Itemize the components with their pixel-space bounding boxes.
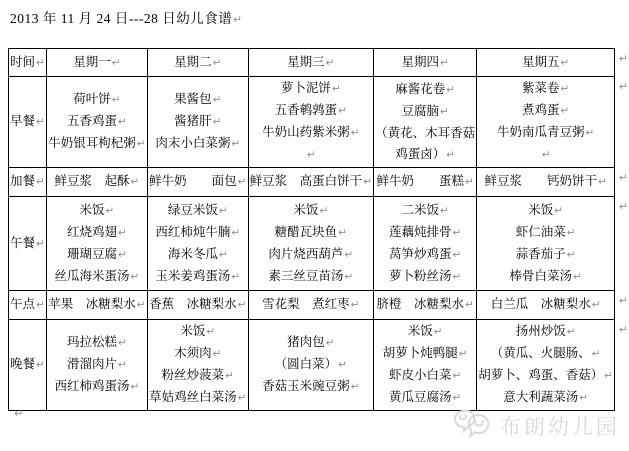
paragraph-mark: ↵: [619, 53, 628, 65]
row-end-mark: ↵: [615, 168, 629, 197]
menu-line-text: 素三丝豆苗汤: [268, 269, 343, 283]
menu-line: 胡萝卜炖鸭腿↵: [375, 343, 475, 365]
menu-line: 酱猪肝↵: [149, 111, 247, 133]
paragraph-mark: ↵: [344, 249, 353, 261]
menu-line-text: 西红柿鸡蛋汤: [54, 379, 129, 393]
paragraph-mark: ↵: [434, 326, 443, 338]
menu-line-text: 牛奶银耳枸杞粥: [48, 136, 136, 150]
menu-line: 时间↵: [10, 52, 45, 74]
menu-line: 鲜牛奶 蛋糕↵: [375, 171, 475, 193]
menu-line-text: 鲜豆浆 钙奶饼干: [484, 174, 597, 188]
paragraph-mark: ↵: [560, 83, 569, 95]
table-row-morning-snack: 加餐↵ 鲜豆浆 起酥↵ 鲜牛奶 面包↵ 鲜豆浆 高蛋白饼干↵ 鲜牛奶 蛋糕↵ 鲜…: [9, 168, 629, 197]
row-label-lunch: 午餐↵: [9, 197, 47, 291]
menu-line-text: 莴笋炒鸡蛋: [389, 247, 452, 261]
menu-line: 扬州炒饭↵: [478, 321, 613, 343]
cell-afternoon-snack-wednesday: 雪花梨 煮红枣↵: [248, 291, 373, 320]
menu-line-text: 西红柿炖牛腩: [155, 225, 230, 239]
menu-line-text: 鲜牛奶 面包: [149, 174, 237, 188]
menu-line: 雪花梨 煮红枣↵: [250, 294, 372, 316]
menu-table: 时间↵ 星期一↵ 星期二↵ 星期三↵ 星期四↵ 星期五↵ ↵ 早餐↵ 荷叶饼↵五…: [8, 48, 629, 411]
paragraph-mark: ↵: [137, 138, 146, 150]
menu-line: 棒骨白菜汤↵: [478, 266, 613, 288]
paragraph-mark: ↵: [118, 249, 127, 261]
menu-line: ↵: [250, 144, 372, 166]
menu-line: 虾仁油菜↵: [478, 222, 613, 244]
paragraph-mark: ↵: [118, 359, 127, 371]
paragraph-mark: ↵: [567, 227, 576, 239]
paragraph-mark: ↵: [351, 299, 360, 311]
menu-line-text: 午点: [10, 297, 35, 311]
menu-line: 红烧鸡翅↵: [48, 222, 146, 244]
header-cell-time: 时间↵: [9, 49, 47, 77]
menu-line-text: 酱猪肝: [174, 114, 212, 128]
cell-morning-snack-tuesday: 鲜牛奶 面包↵: [147, 168, 248, 197]
paragraph-mark: ↵: [567, 249, 576, 261]
menu-line-text: 胡萝卜炖鸭腿: [383, 346, 458, 360]
paragraph-mark: ↵: [319, 205, 328, 217]
menu-line: 黄瓜豆腐汤↵: [375, 387, 475, 409]
menu-line: 星期三↵: [250, 52, 372, 74]
page-title: 2013 年 11 月 24 日---28 日幼儿食谱↵: [10, 7, 243, 27]
menu-line-text: 意大利蔬菜汤: [503, 390, 578, 404]
cell-afternoon-snack-tuesday: 香蕉 冰糖梨水↵: [147, 291, 248, 320]
cell-afternoon-snack-monday: 苹果 冰糖梨水↵: [46, 291, 147, 320]
menu-line: 意大利蔬菜汤↵: [478, 387, 613, 409]
row-label-breakfast: 早餐↵: [9, 77, 47, 168]
paragraph-mark: ↵: [459, 348, 468, 360]
menu-line-text: 时间: [10, 55, 35, 69]
paragraph-mark: ↵: [567, 326, 576, 338]
paragraph-mark: ↵: [452, 392, 461, 404]
paragraph-mark: ↵: [446, 84, 455, 96]
menu-line: 麻酱花卷↵: [375, 79, 475, 101]
kindergarten-name: 布朗幼儿园: [500, 411, 620, 441]
paragraph-mark: ↵: [307, 149, 316, 161]
menu-line: 香蕉 冰糖梨水↵: [149, 294, 247, 316]
menu-line-text: 鲜豆浆 高蛋白饼干: [250, 174, 363, 188]
paragraph-mark: ↵: [36, 299, 45, 311]
menu-line-text: 豆腐脑: [401, 104, 439, 118]
menu-line-text: 鸡蛋卤）: [395, 147, 445, 161]
cell-afternoon-snack-friday: 白兰瓜 冰糖梨水↵: [477, 291, 615, 320]
menu-line: （圆白菜）↵: [250, 354, 372, 376]
menu-line: 二米饭↵: [375, 200, 475, 222]
menu-line-text: 丝瓜海米蛋汤: [54, 269, 129, 283]
menu-line-text: 荷叶饼: [73, 92, 111, 106]
paragraph-mark: ↵: [130, 381, 139, 393]
menu-line-text: 绿豆米饭: [168, 203, 218, 217]
menu-line-text: 粉丝炒菠菜: [162, 368, 225, 382]
paragraph-mark: ↵: [351, 127, 360, 139]
menu-line: 西红柿炖牛腩↵: [149, 222, 247, 244]
paragraph-mark: ↵: [592, 348, 601, 360]
menu-line-text: 加餐: [10, 174, 35, 188]
table-row-dinner: 晚餐↵ 玛拉松糕↵滑溜肉片↵西红柿鸡蛋汤↵ 米饭↵木须肉↵粉丝炒菠菜↵草姑鸡丝白…: [9, 320, 629, 411]
paragraph-mark: ↵: [363, 176, 372, 188]
menu-line-text: 果酱包: [174, 92, 212, 106]
menu-line-text: 猪肉包: [287, 335, 325, 349]
menu-line: 午餐↵: [10, 233, 45, 255]
menu-line-text: 黄瓜豆腐汤: [389, 390, 452, 404]
paragraph-mark: ↵: [338, 105, 347, 117]
menu-line-text: （圆白菜）: [275, 357, 338, 371]
menu-line: 丝瓜海米蛋汤↵: [48, 266, 146, 288]
menu-line: 肉片烧西葫芦↵: [250, 244, 372, 266]
paragraph-mark: ↵: [238, 299, 247, 311]
paragraph-mark: ↵: [231, 227, 240, 239]
menu-line: 素三丝豆苗汤↵: [250, 266, 372, 288]
paragraph-mark: ↵: [219, 205, 228, 217]
menu-line: 海米冬瓜↵: [149, 244, 247, 266]
menu-line: 五香鸡蛋↵: [48, 111, 146, 133]
menu-line: 荷叶饼↵: [48, 89, 146, 111]
menu-line-text: 牛奶山药紫米粥: [262, 125, 350, 139]
cell-dinner-wednesday: 猪肉包↵（圆白菜）↵香菇玉米豌豆粥↵: [248, 320, 373, 411]
paragraph-mark: ↵: [619, 81, 628, 93]
paragraph-mark: ↵: [105, 205, 114, 217]
menu-line-text: 虾仁油菜: [516, 225, 566, 239]
menu-line-text: 草姑鸡丝白菜汤: [149, 390, 237, 404]
menu-line: 香菇玉米豌豆粥↵: [250, 376, 372, 398]
menu-line: 星期四↵: [375, 52, 475, 74]
menu-line: 午点↵: [10, 294, 45, 316]
menu-line-text: 紫菜卷: [522, 81, 560, 95]
header-cell-friday: 星期五↵: [477, 49, 615, 77]
paragraph-mark: ↵: [326, 337, 335, 349]
menu-line-text: 木须肉: [174, 346, 212, 360]
paragraph-mark: ↵: [231, 138, 240, 150]
paragraph-mark: ↵: [579, 392, 588, 404]
paragraph-mark: ↵: [604, 370, 613, 382]
menu-line: 绿豆米饭↵: [149, 200, 247, 222]
paragraph-mark: ↵: [233, 14, 242, 26]
menu-line-text: 煮鸡蛋: [522, 103, 560, 117]
menu-line: 玛拉松糕↵: [48, 332, 146, 354]
paragraph-mark: ↵: [560, 57, 569, 69]
row-end-mark: ↵: [615, 197, 629, 291]
menu-line-text: 萝卜粉丝汤: [389, 269, 452, 283]
menu-line-text: 午餐: [10, 236, 35, 250]
menu-line: 晚餐↵: [10, 354, 45, 376]
header-cell-wednesday: 星期三↵: [248, 49, 373, 77]
paragraph-mark: ↵: [213, 57, 222, 69]
header-cell-thursday: 星期四↵: [374, 49, 477, 77]
menu-line: （黄花、木耳香菇: [375, 123, 475, 144]
paragraph-mark: ↵: [238, 392, 247, 404]
menu-line: 豆腐脑↵: [375, 101, 475, 123]
menu-line: 牛奶南瓜青豆粥↵: [478, 122, 613, 144]
menu-line-text: 星期一: [73, 55, 111, 69]
paragraph-mark: ↵: [213, 116, 222, 128]
menu-line-text: 星期二: [174, 55, 212, 69]
menu-line: 珊瑚豆腐↵: [48, 244, 146, 266]
menu-line: 五香鹌鹑蛋↵: [250, 100, 372, 122]
cell-dinner-tuesday: 米饭↵木须肉↵粉丝炒菠菜↵草姑鸡丝白菜汤↵: [147, 320, 248, 411]
cell-lunch-monday: 米饭↵红烧鸡翅↵珊瑚豆腐↵丝瓜海米蛋汤↵: [46, 197, 147, 291]
menu-line: 加餐↵: [10, 171, 45, 193]
menu-line-text: 棒骨白菜汤: [509, 269, 572, 283]
menu-line-text: 滑溜肉片: [67, 357, 117, 371]
menu-line: 鲜豆浆 高蛋白饼干↵: [250, 171, 372, 193]
menu-line-text: 蒜香茄子: [516, 247, 566, 261]
cell-breakfast-thursday: 麻酱花卷↵豆腐脑↵（黄花、木耳香菇鸡蛋卤）↵: [374, 77, 477, 168]
paragraph-mark: ↵: [585, 127, 594, 139]
menu-line-text: 肉片烧西葫芦: [268, 247, 343, 261]
paragraph-mark: ↵: [452, 249, 461, 261]
row-end-mark: ↵: [615, 49, 629, 77]
table-row-lunch: 午餐↵ 米饭↵红烧鸡翅↵珊瑚豆腐↵丝瓜海米蛋汤↵ 绿豆米饭↵西红柿炖牛腩↵海米冬…: [9, 197, 629, 291]
table-row-breakfast: 早餐↵ 荷叶饼↵五香鸡蛋↵牛奶银耳枸杞粥↵ 果酱包↵酱猪肝↵肉末小白菜粥↵ 萝卜…: [9, 77, 629, 168]
menu-line-text: 米饭: [180, 324, 205, 338]
menu-line-text: 鲜豆浆 起酥: [54, 174, 129, 188]
cell-afternoon-snack-thursday: 脐橙 冰糖梨水↵: [374, 291, 477, 320]
menu-line: 胡萝卜、鸡蛋、香菇）↵: [478, 365, 613, 387]
menu-line: 煮鸡蛋↵: [478, 100, 613, 122]
chat-bubbles-logo-icon: [451, 407, 493, 444]
menu-line: 玉米姜鸡蛋汤↵: [149, 266, 247, 288]
paragraph-mark: ↵: [36, 57, 45, 69]
menu-line-text: 晚餐: [10, 357, 35, 371]
paragraph-mark: ↵: [465, 299, 474, 311]
paragraph-mark: ↵: [213, 94, 222, 106]
menu-line: 鲜豆浆 起酥↵: [48, 171, 146, 193]
paragraph-mark: ↵: [112, 94, 121, 106]
menu-line-text: 胡萝卜、鸡蛋、香菇）: [478, 368, 603, 382]
menu-line-text: 米饭: [408, 324, 433, 338]
paragraph-mark: ↵: [619, 201, 628, 213]
menu-line-text: 白兰瓜 冰糖梨水: [491, 297, 591, 311]
menu-line-text: 虾皮小白菜: [389, 368, 452, 382]
menu-line: 莴笋炒鸡蛋↵: [375, 244, 475, 266]
cell-breakfast-tuesday: 果酱包↵酱猪肝↵肉末小白菜粥↵: [147, 77, 248, 168]
paragraph-mark: ↵: [231, 271, 240, 283]
menu-line: 木须肉↵: [149, 343, 247, 365]
paragraph-mark: ↵: [36, 176, 45, 188]
cell-morning-snack-thursday: 鲜牛奶 蛋糕↵: [374, 168, 477, 197]
paragraph-mark: ↵: [338, 359, 347, 371]
menu-line: 米饭↵: [149, 321, 247, 343]
menu-line: 糖醋瓦块鱼↵: [250, 222, 372, 244]
paragraph-mark: ↵: [598, 176, 607, 188]
menu-line: 星期一↵: [48, 52, 146, 74]
menu-line-text: 苹果 冰糖梨水: [48, 297, 136, 311]
paragraph-mark: ↵: [14, 407, 23, 420]
cell-lunch-tuesday: 绿豆米饭↵西红柿炖牛腩↵海米冬瓜↵玉米姜鸡蛋汤↵: [147, 197, 248, 291]
row-label-afternoon-snack: 午点↵: [9, 291, 47, 320]
paragraph-mark: ↵: [446, 149, 455, 161]
row-end-mark: ↵: [615, 291, 629, 320]
paragraph-mark: ↵: [213, 348, 222, 360]
paragraph-mark: ↵: [137, 299, 146, 311]
menu-line-text: 米饭: [528, 203, 553, 217]
cell-breakfast-monday: 荷叶饼↵五香鸡蛋↵牛奶银耳枸杞粥↵: [46, 77, 147, 168]
cell-lunch-wednesday: 米饭↵糖醋瓦块鱼↵肉片烧西葫芦↵素三丝豆苗汤↵: [248, 197, 373, 291]
paragraph-mark: ↵: [332, 83, 341, 95]
paragraph-mark: ↵: [554, 205, 563, 217]
menu-line: 莲藕炖排骨↵: [375, 222, 475, 244]
paragraph-mark: ↵: [326, 57, 335, 69]
paragraph-mark: ↵: [36, 116, 45, 128]
menu-line-text: 糖醋瓦块鱼: [275, 225, 338, 239]
menu-line: 萝卜泥饼↵: [250, 78, 372, 100]
paragraph-mark: ↵: [619, 172, 628, 184]
menu-line-text: 麻酱花卷: [395, 82, 445, 96]
menu-line-text: 玉米姜鸡蛋汤: [155, 269, 230, 283]
menu-line: 牛奶银耳枸杞粥↵: [48, 133, 146, 155]
row-end-mark: ↵: [615, 77, 629, 168]
menu-line: （黄瓜、火腿肠、↵: [478, 343, 613, 365]
menu-line: 草姑鸡丝白菜汤↵: [149, 387, 247, 409]
paragraph-mark: ↵: [219, 249, 228, 261]
header-cell-monday: 星期一↵: [46, 49, 147, 77]
menu-line-text: 五香鸡蛋: [67, 114, 117, 128]
paragraph-mark: ↵: [130, 176, 139, 188]
menu-line: 紫菜卷↵: [478, 78, 613, 100]
menu-line-text: 香蕉 冰糖梨水: [149, 297, 237, 311]
paragraph-mark: ↵: [440, 205, 449, 217]
cell-dinner-friday: 扬州炒饭↵（黄瓜、火腿肠、↵胡萝卜、鸡蛋、香菇）↵意大利蔬菜汤↵: [477, 320, 615, 411]
menu-line-text: 米饭: [293, 203, 318, 217]
menu-line: 早餐↵: [10, 111, 45, 133]
menu-line-text: 星期五: [522, 55, 560, 69]
paragraph-mark: ↵: [452, 370, 461, 382]
paragraph-mark: ↵: [440, 106, 449, 118]
menu-line-text: （黄瓜、火腿肠、: [491, 346, 591, 360]
menu-line: 鲜牛奶 面包↵: [149, 171, 247, 193]
menu-line-text: 早餐: [10, 114, 35, 128]
menu-line: 米饭↵: [375, 321, 475, 343]
menu-line: 牛奶山药紫米粥↵: [250, 122, 372, 144]
paragraph-mark: ↵: [225, 370, 234, 382]
menu-line: ↵: [478, 144, 613, 166]
menu-line: 果酱包↵: [149, 89, 247, 111]
menu-line: 肉末小白菜粥↵: [149, 133, 247, 155]
paragraph-mark: ↵: [440, 57, 449, 69]
table-row-header: 时间↵ 星期一↵ 星期二↵ 星期三↵ 星期四↵ 星期五↵ ↵: [9, 49, 629, 77]
menu-line-text: 萝卜泥饼: [281, 81, 331, 95]
paragraph-mark: ↵: [238, 176, 247, 188]
paragraph-mark: ↵: [465, 176, 474, 188]
table-row-afternoon-snack: 午点↵ 苹果 冰糖梨水↵ 香蕉 冰糖梨水↵ 雪花梨 煮红枣↵ 脐橙 冰糖梨水↵ …: [9, 291, 629, 320]
menu-line-text: 雪花梨 煮红枣: [262, 297, 350, 311]
row-end-mark: ↵: [615, 320, 629, 411]
paragraph-mark: ↵: [118, 337, 127, 349]
paragraph-mark: ↵: [542, 149, 551, 161]
page-title-text: 2013 年 11 月 24 日---28 日幼儿食谱: [10, 11, 232, 26]
paragraph-mark: ↵: [351, 381, 360, 393]
menu-line-text: 牛奶南瓜青豆粥: [497, 125, 585, 139]
menu-line: 米饭↵: [250, 200, 372, 222]
row-label-morning-snack: 加餐↵: [9, 168, 47, 197]
cell-dinner-thursday: 米饭↵胡萝卜炖鸭腿↵虾皮小白菜↵黄瓜豆腐汤↵: [374, 320, 477, 411]
menu-line: 米饭↵: [48, 200, 146, 222]
paragraph-mark: ↵: [619, 295, 628, 307]
paragraph-mark: ↵: [452, 271, 461, 283]
menu-line: 萝卜粉丝汤↵: [375, 266, 475, 288]
menu-line: 星期二↵: [149, 52, 247, 74]
menu-line-text: 米饭: [79, 203, 104, 217]
paragraph-mark: ↵: [206, 326, 215, 338]
cell-lunch-thursday: 二米饭↵莲藕炖排骨↵莴笋炒鸡蛋↵萝卜粉丝汤↵: [374, 197, 477, 291]
menu-line-text: 五香鹌鹑蛋: [275, 103, 338, 117]
cell-breakfast-wednesday: 萝卜泥饼↵五香鹌鹑蛋↵牛奶山药紫米粥↵↵: [248, 77, 373, 168]
menu-line-text: 二米饭: [401, 203, 439, 217]
menu-line-text: 肉末小白菜粥: [155, 136, 230, 150]
cell-breakfast-friday: 紫菜卷↵煮鸡蛋↵牛奶南瓜青豆粥↵↵: [477, 77, 615, 168]
paragraph-mark: ↵: [560, 105, 569, 117]
menu-line-text: （黄花、木耳香菇: [375, 126, 475, 140]
menu-line: 虾皮小白菜↵: [375, 365, 475, 387]
paragraph-mark: ↵: [118, 116, 127, 128]
paragraph-mark: ↵: [619, 324, 628, 336]
menu-line: 脐橙 冰糖梨水↵: [375, 294, 475, 316]
menu-line-text: 莲藕炖排骨: [389, 225, 452, 239]
menu-line: 星期五↵: [478, 52, 613, 74]
paragraph-mark: ↵: [118, 227, 127, 239]
paragraph-mark: ↵: [592, 299, 601, 311]
menu-line-text: 珊瑚豆腐: [67, 247, 117, 261]
menu-line: 鸡蛋卤）↵: [375, 144, 475, 166]
menu-line: 滑溜肉片↵: [48, 354, 146, 376]
menu-line: 苹果 冰糖梨水↵: [48, 294, 146, 316]
paragraph-mark: ↵: [36, 238, 45, 250]
kindergarten-watermark: 布朗幼儿园: [451, 407, 620, 444]
row-label-dinner: 晚餐↵: [9, 320, 47, 411]
menu-line-text: 鲜牛奶 蛋糕: [376, 174, 464, 188]
menu-line: 白兰瓜 冰糖梨水↵: [478, 294, 613, 316]
paragraph-mark: ↵: [344, 271, 353, 283]
cell-dinner-monday: 玛拉松糕↵滑溜肉片↵西红柿鸡蛋汤↵: [46, 320, 147, 411]
header-cell-tuesday: 星期二↵: [147, 49, 248, 77]
paragraph-mark: ↵: [130, 271, 139, 283]
cell-morning-snack-monday: 鲜豆浆 起酥↵: [46, 168, 147, 197]
menu-line: 鲜豆浆 钙奶饼干↵: [478, 171, 613, 193]
menu-line-text: 香菇玉米豌豆粥: [262, 379, 350, 393]
menu-line: 粉丝炒菠菜↵: [149, 365, 247, 387]
menu-line-text: 扬州炒饭: [516, 324, 566, 338]
paragraph-mark: ↵: [36, 359, 45, 371]
menu-line-text: 脐橙 冰糖梨水: [376, 297, 464, 311]
paragraph-mark: ↵: [338, 227, 347, 239]
cell-morning-snack-wednesday: 鲜豆浆 高蛋白饼干↵: [248, 168, 373, 197]
cell-morning-snack-friday: 鲜豆浆 钙奶饼干↵: [477, 168, 615, 197]
paragraph-mark: ↵: [112, 57, 121, 69]
menu-line-text: 海米冬瓜: [168, 247, 218, 261]
menu-line: 西红柿鸡蛋汤↵: [48, 376, 146, 398]
menu-line-text: 星期四: [401, 55, 439, 69]
paragraph-mark: ↵: [573, 271, 582, 283]
menu-line-text: 玛拉松糕: [67, 335, 117, 349]
menu-line-text: 红烧鸡翅: [67, 225, 117, 239]
cell-lunch-friday: 米饭↵虾仁油菜↵蒜香茄子↵棒骨白菜汤↵: [477, 197, 615, 291]
menu-line-text: 星期三: [287, 55, 325, 69]
paragraph-mark: ↵: [452, 227, 461, 239]
menu-line: 蒜香茄子↵: [478, 244, 613, 266]
menu-line: 猪肉包↵: [250, 332, 372, 354]
menu-line: 米饭↵: [478, 200, 613, 222]
